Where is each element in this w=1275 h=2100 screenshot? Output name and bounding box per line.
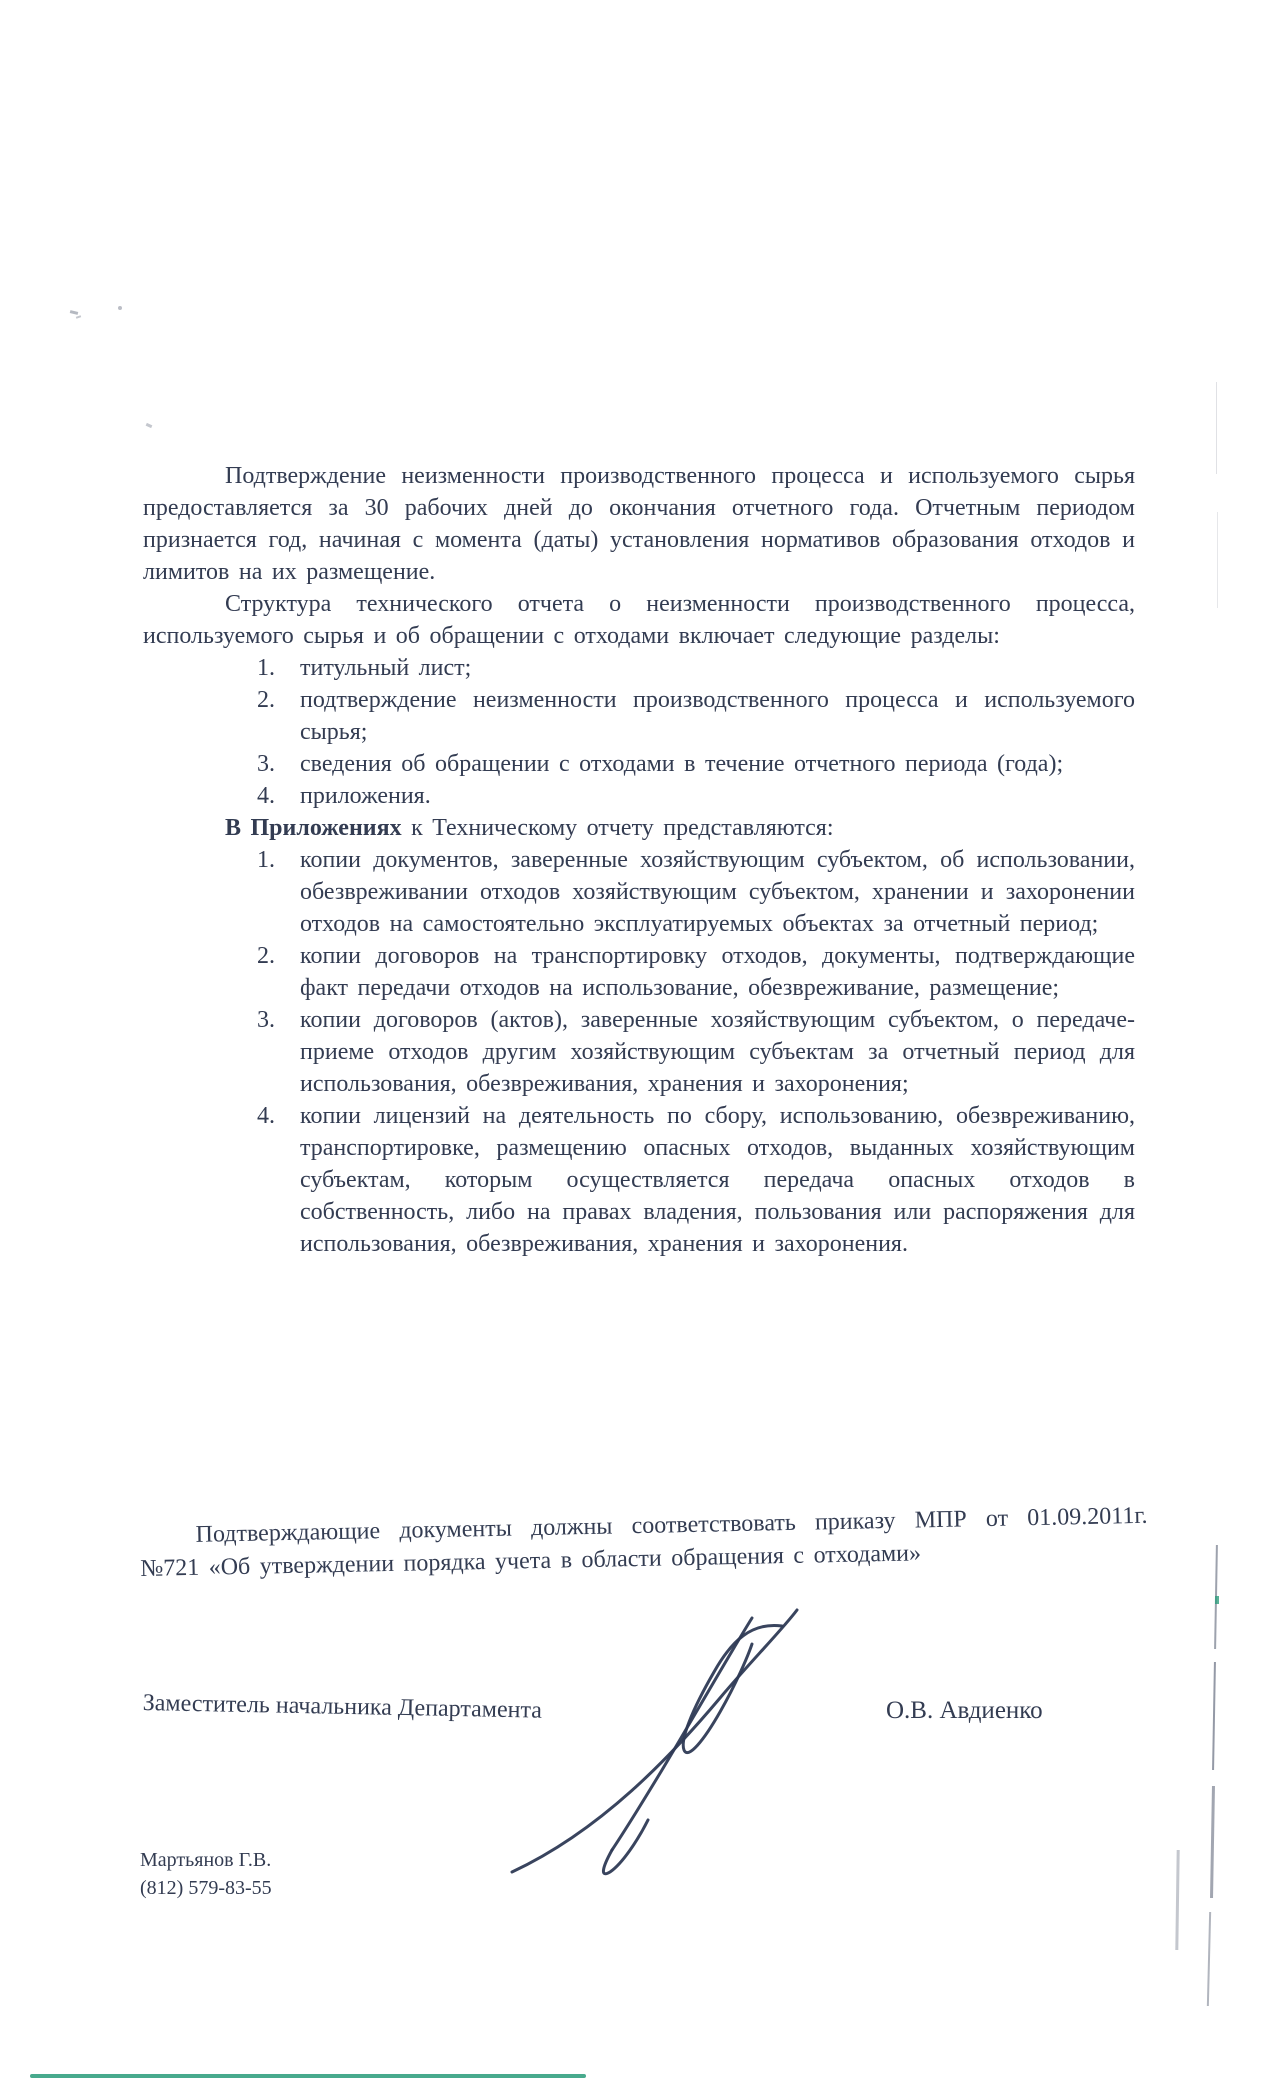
list-item: 4. копии лицензий на деятельность по сбо… (143, 1100, 1135, 1260)
paragraph-report-structure: Структура технического отчета о неизменн… (143, 588, 1135, 652)
scanned-document-page: Подтверждение неизменности производствен… (0, 0, 1275, 2100)
list-marker: 3. (257, 748, 300, 780)
scan-speck (76, 315, 81, 318)
list-item: 2. копии договоров на транспортировку от… (143, 940, 1135, 1004)
scan-speck (146, 423, 153, 428)
list-marker: 2. (257, 940, 300, 1004)
list-item: 1. титульный лист; (143, 652, 1135, 684)
paragraph-confirmation: Подтверждение неизменности производствен… (143, 460, 1135, 588)
executor-footer: Мартьянов Г.В. (812) 579-83-55 (140, 1846, 272, 1902)
list-item: 1. копии документов, заверенные хозяйств… (143, 844, 1135, 940)
scan-teal-speck (1215, 1596, 1219, 1604)
scan-speck (70, 310, 78, 315)
scan-speck (118, 306, 122, 310)
list-marker: 3. (257, 1004, 300, 1100)
appendix-intro-rest: к Техническому отчету представляются: (402, 815, 834, 841)
list-item: 4. приложения. (143, 780, 1135, 812)
list-item: 2. подтверждение неизменности производст… (143, 684, 1135, 748)
signer-name: О.В. Авдиенко (886, 1697, 1043, 1725)
list-item: 3. копии договоров (актов), заверенные х… (143, 1004, 1135, 1100)
list-marker: 1. (257, 652, 300, 684)
executor-name: Мартьянов Г.В. (140, 1846, 272, 1874)
scan-edge-mark (1175, 1850, 1179, 1950)
scan-edge-mark (1217, 512, 1218, 608)
list-marker: 1. (257, 844, 300, 940)
appendix-intro-line: В Приложениях к Техническому отчету пред… (143, 812, 1135, 844)
appendix-intro-bold: В Приложениях (225, 815, 402, 841)
list-item: 3. сведения об обращении с отходами в те… (143, 748, 1135, 780)
handwritten-signature (452, 1600, 852, 1890)
scan-edge-mark (1210, 1786, 1215, 1898)
scan-edge-mark (1216, 382, 1217, 474)
report-sections-list: 1. титульный лист; 2. подтверждение неиз… (143, 652, 1135, 812)
list-marker: 4. (257, 780, 300, 812)
executor-phone: (812) 579-83-55 (140, 1874, 272, 1902)
scan-teal-line (30, 2074, 586, 2078)
paragraph-closing: Подтверждающие документы должны соответс… (139, 1500, 1148, 1586)
document-body: Подтверждение неизменности производствен… (143, 460, 1135, 1260)
scan-edge-mark (1207, 1912, 1211, 2006)
scan-edge-mark (1212, 1662, 1216, 1770)
list-marker: 2. (257, 684, 300, 748)
appendix-items-list: 1. копии документов, заверенные хозяйств… (143, 844, 1135, 1260)
list-marker: 4. (257, 1100, 300, 1260)
